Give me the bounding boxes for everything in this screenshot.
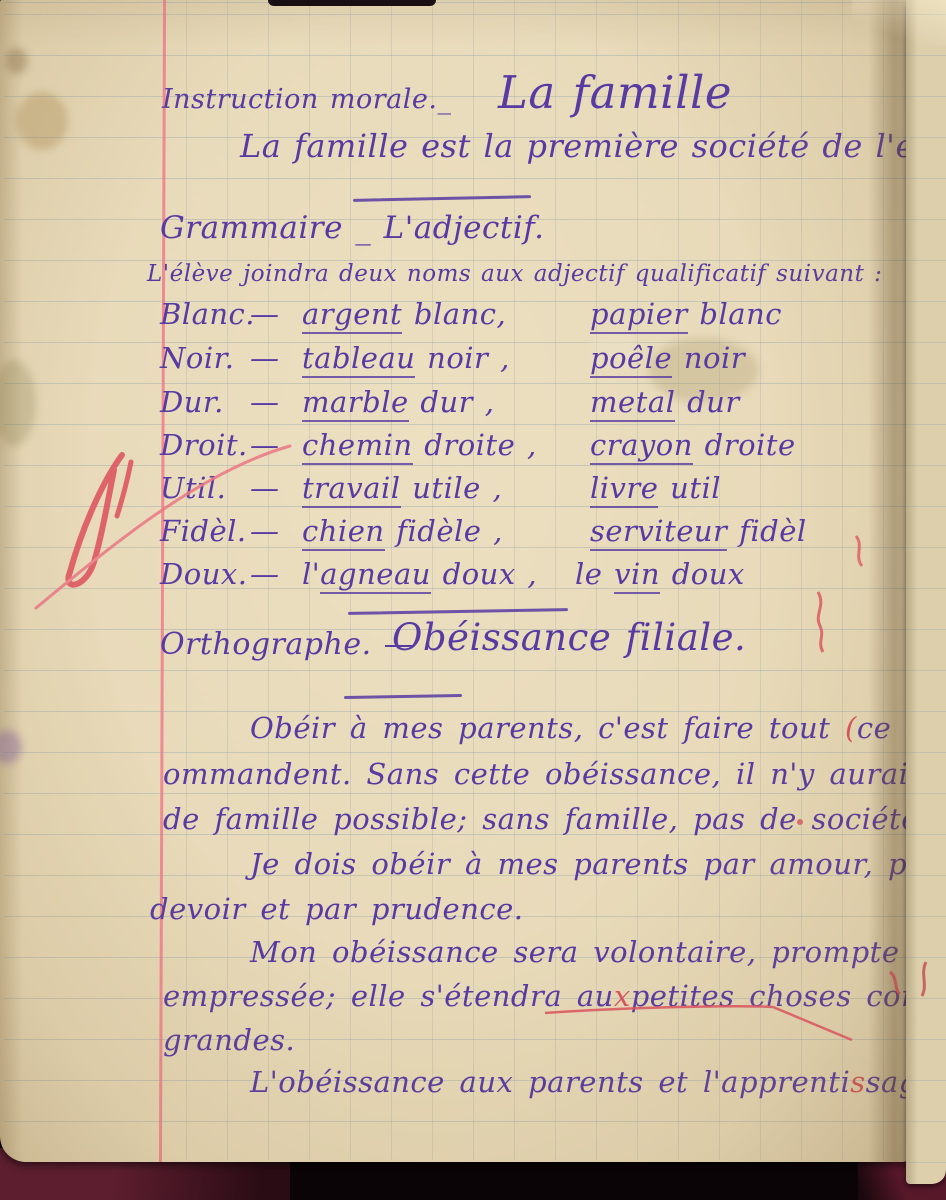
adjective-term: Fidèl.: [160, 517, 247, 546]
dash: —: [250, 431, 277, 460]
underlined-noun: poêle: [590, 341, 672, 378]
dash: —: [250, 560, 277, 589]
example-2-rest: doux: [660, 557, 745, 591]
example-1-rest: blanc,: [402, 297, 506, 331]
text: L'obéissance aux parents et l'apprenti: [250, 1065, 850, 1099]
underlined-noun: travail: [302, 471, 401, 508]
notebook-page: Instruction morale._ La famille La famil…: [0, 0, 912, 1162]
example-1-rest: fidèle ,: [385, 514, 503, 548]
paragraph-line: grandes.: [163, 1026, 295, 1055]
underlined-noun: serviteur: [590, 514, 727, 551]
dictation-title: Obéissance filiale.: [392, 619, 746, 656]
adjective-row: Doux.— l'agneau doux , le vin doux: [160, 560, 920, 600]
grammar-heading: Grammaire _ L'adjectif.: [160, 213, 544, 244]
example-2-rest: droite: [693, 428, 796, 462]
underlined-noun: livre: [590, 471, 658, 508]
paragraph-line: Je dois obéir à mes parents par amour, p…: [250, 850, 939, 879]
dash: —: [250, 388, 277, 417]
example-1-rest: dur ,: [409, 385, 495, 419]
dash: —: [250, 474, 277, 503]
example-2-rest: fidèl: [727, 514, 806, 548]
adjective-row: Noir.— tableau noir , poêle noir: [160, 344, 920, 384]
adjective-term: Util.: [160, 474, 226, 503]
paragraph-line: devoir et par prudence.: [150, 895, 524, 924]
red-correction-mark: x: [614, 979, 631, 1013]
paragraph-line: empressée; elle s'étendra auxpetites cho…: [163, 982, 946, 1011]
underlined-noun: marble: [302, 385, 409, 422]
adjective-row: Dur.— marble dur , metal dur: [160, 388, 920, 428]
paragraph-line: Obéir à mes parents, c'est faire tout (c…: [250, 714, 946, 743]
dash: —: [250, 344, 277, 373]
underlined-noun: papier: [590, 297, 688, 334]
text: Obéir à mes parents, c'est faire tout: [250, 711, 845, 745]
example-1: l': [302, 557, 320, 591]
adjective-term: Doux.: [160, 560, 247, 589]
backdrop-top-sliver: [268, 0, 436, 6]
example-1-rest: droite ,: [413, 428, 537, 462]
subject-heading: Instruction morale._: [162, 86, 451, 113]
paragraph-line: Mon obéissance sera volontaire, prompte …: [250, 938, 944, 967]
paper-stain: [16, 92, 68, 150]
paragraph-line: de famille possible; sans famille, pas d…: [163, 805, 929, 834]
underlined-noun: tableau: [302, 341, 415, 378]
underlined-noun: argent: [302, 297, 402, 334]
example-1-rest: noir ,: [415, 341, 509, 375]
dash: —: [250, 300, 277, 329]
underlined-noun: vin: [614, 557, 660, 594]
paper-stain: [6, 48, 28, 74]
page-title: La famille: [498, 70, 732, 115]
example-2: le: [575, 557, 614, 591]
adjective-term: Noir.: [160, 344, 235, 373]
example-1-rest: doux ,: [431, 557, 537, 591]
adjective-row: Util.— travail utile , livre util: [160, 474, 920, 514]
notebook-photo: Instruction morale._ La famille La famil…: [0, 0, 946, 1200]
underlined-noun: agneau: [320, 557, 431, 594]
example-2-rest: dur: [675, 385, 739, 419]
text: empressée; elle s'étendra au: [163, 979, 614, 1013]
adjective-row: Droit.— chemin droite , crayon droite: [160, 431, 920, 471]
example-2-rest: blanc: [688, 297, 782, 331]
adjective-row: Fidèl.— chien fidèle , serviteur fidèl: [160, 517, 920, 557]
intro-sentence: La famille est la première société de l'…: [240, 130, 946, 162]
example-2-rest: noir: [672, 341, 745, 375]
underlined-noun: chien: [302, 514, 385, 551]
example-2-rest: util: [658, 471, 721, 505]
red-correction-mark: (: [845, 711, 857, 745]
example-1-rest: utile ,: [401, 471, 503, 505]
underlined-noun: crayon: [590, 428, 693, 465]
adjective-term: Droit.: [160, 431, 248, 460]
grid-horizontal-lines: [906, 0, 946, 1184]
adjective-term: Dur.: [160, 388, 224, 417]
paragraph-line: L'obéissance aux parents et l'apprentiss…: [250, 1068, 936, 1097]
paragraph-line: ommandent. Sans cette obéissance, il n'y…: [163, 760, 946, 789]
page-corner-fold: [852, 0, 946, 46]
red-correction-mark: s: [850, 1065, 865, 1099]
grammar-instruction: L'élève joindra deux noms aux adjectif q…: [147, 263, 882, 286]
adjacent-page-edge: [906, 0, 946, 1184]
adjective-row: Blanc.— argent blanc, papier blanc: [160, 300, 920, 340]
orthographe-label: Orthographe. —: [160, 630, 414, 660]
red-underlined-words: petites choses: [631, 979, 852, 1013]
underlined-noun: chemin: [302, 428, 413, 465]
dash: —: [250, 517, 277, 546]
underlined-noun: metal: [590, 385, 675, 422]
adjective-term: Blanc.: [160, 300, 255, 329]
